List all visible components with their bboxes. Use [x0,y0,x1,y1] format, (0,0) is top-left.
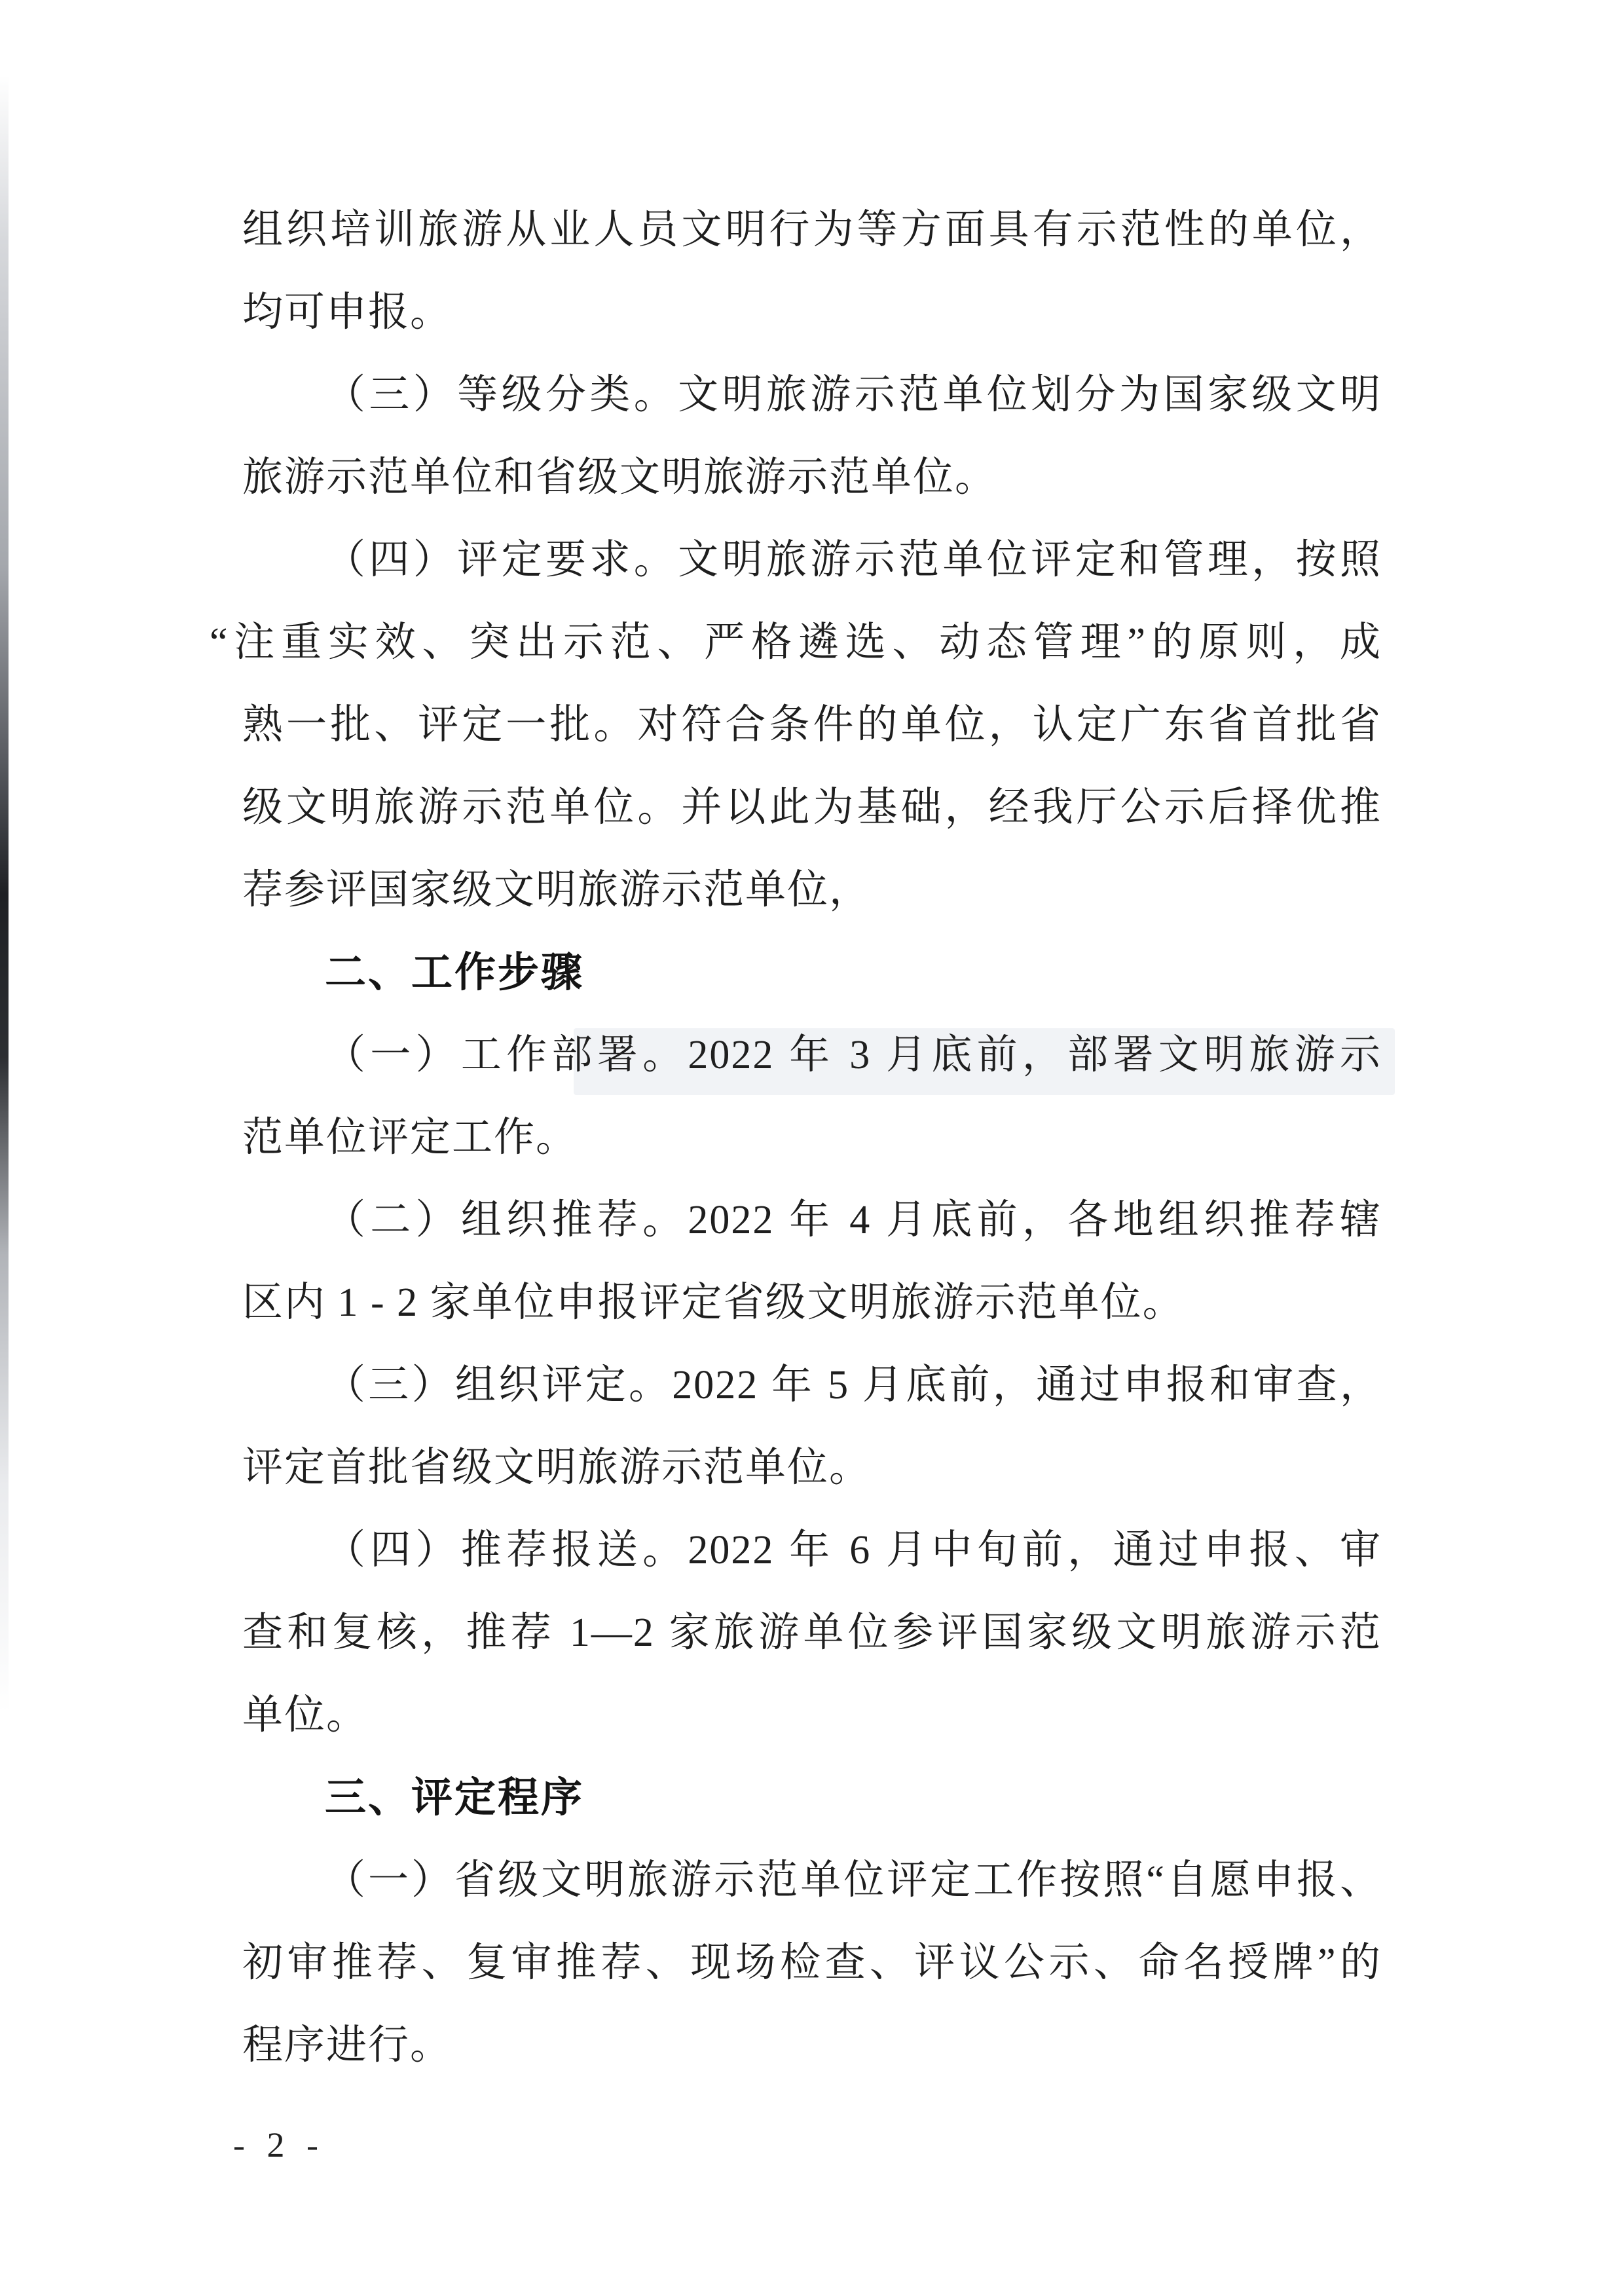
text-line: （四）推荐报送。2022 年 6 月中旬前，通过申报、审 [242,1509,1382,1591]
text-line: （二）组织推荐。2022 年 4 月底前，各地组织推荐辖 [242,1179,1382,1261]
text-line: 均可申报。 [242,271,1382,354]
section-heading: 二、工作步骤 [242,931,1382,1014]
text-line: “注重实效、突出示范、严格遴选、动态管理”的原则，成 [210,601,1382,684]
text-line: 范单位评定工作。 [242,1096,1382,1179]
text-line: 荐参评国家级文明旅游示范单位， [242,849,1382,931]
text-line: 组织培训旅游从业人员文明行为等方面具有示范性的单位， [242,189,1382,271]
text-line: 初审推荐、复审推荐、现场检查、评议公示、命名授牌”的 [242,1922,1382,2004]
text-line: 查和复核，推荐 1—2 家旅游单位参评国家级文明旅游示范 [242,1591,1382,1674]
text-line: 评定首批省级文明旅游示范单位。 [242,1426,1382,1509]
text-line: 区内 1 - 2 家单位申报评定省级文明旅游示范单位。 [242,1261,1382,1344]
text-line: （三）组织评定。2022 年 5 月底前，通过申报和审查， [242,1344,1382,1426]
text-line: （三）等级分类。文明旅游示范单位划分为国家级文明 [242,354,1382,436]
scan-edge-artifact [0,75,9,1713]
text-line: （一）工作部署。2022 年 3 月底前，部署文明旅游示 [242,1014,1382,1096]
document-body: 组织培训旅游从业人员文明行为等方面具有示范性的单位，均可申报。（三）等级分类。文… [242,189,1382,2087]
section-heading: 三、评定程序 [242,1757,1382,1839]
text-line: 熟一批、评定一批。对符合条件的单位，认定广东省首批省 [242,684,1382,766]
text-line: 级文明旅游示范单位。并以此为基础，经我厅公示后择优推 [242,766,1382,849]
page-number: - 2 - [233,2122,325,2168]
text-line: 程序进行。 [242,2004,1382,2087]
text-line: （一）省级文明旅游示范单位评定工作按照“自愿申报、 [242,1839,1382,1922]
document-page: 组织培训旅游从业人员文明行为等方面具有示范性的单位，均可申报。（三）等级分类。文… [0,0,1624,2287]
text-line: 旅游示范单位和省级文明旅游示范单位。 [242,436,1382,519]
text-line: 单位。 [242,1674,1382,1757]
text-line: （四）评定要求。文明旅游示范单位评定和管理，按照 [242,519,1382,601]
